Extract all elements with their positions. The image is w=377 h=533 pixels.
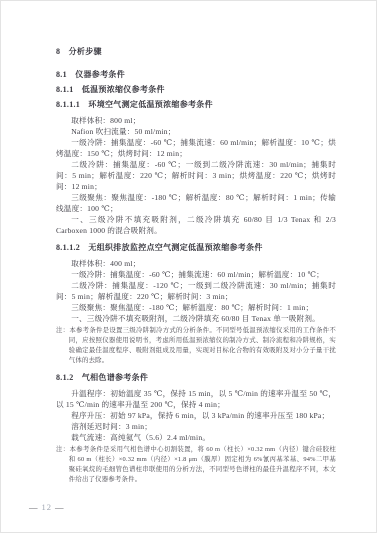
heading-8-analysis-steps: 8 分析步骤 bbox=[56, 47, 336, 57]
paragraph-adsorbent-description: 一、三级冷阱不填充吸附剂，二级冷阱填充 60/80 目 Tenax 单一吸附剂。 bbox=[56, 313, 336, 324]
heading-8-1-1-2-fugitive-emission-conditions: 8.1.1.2 无组织排放监控点空气测定低温预浓缩参考条件 bbox=[56, 243, 336, 253]
paragraph-nafion-purge-flow: Nafion 吹扫流量：50 ml/min； bbox=[56, 126, 336, 137]
note-gc-column: 注：本参考条件是采用气相色谱中心切割装置，将 60 m（柱长）×0.32 mm（… bbox=[56, 445, 336, 485]
paragraph-adsorbent-description: 一、三级冷阱不填充吸附剂，二级冷阱填充 60/80 目 1/3 Tenax 和 … bbox=[56, 214, 336, 236]
paragraph-sample-volume: 取样体积：800 ml； bbox=[56, 115, 336, 126]
paragraph-third-stage-focus: 三级聚焦：聚焦温度：-180 ℃；解析温度：80 ℃；解析时间：1 min； bbox=[56, 302, 336, 313]
heading-8-1-instrument-reference-conditions: 8.1 仪器参考条件 bbox=[56, 70, 336, 80]
note-preconcentrator: 注：本参考条件是设置三级冷阱制冷方式的分析条件。不同型号低温预浓缩仪采用的工作条… bbox=[56, 326, 336, 366]
section-8-1-2-body: 升温程序：初始温度 35 ℃，保持 15 min，以 5 ℃/min 的速率升温… bbox=[56, 388, 336, 485]
paragraph-second-stage-trap: 二级冷阱：捕集温度：-120 ℃；一级到二级冷阱流速：30 ml/min；捕集时… bbox=[56, 280, 336, 302]
document-page: 8 分析步骤 8.1 仪器参考条件 8.1.1 低温预浓缩仪参考条件 8.1.1… bbox=[0, 0, 377, 533]
footer-dash-left: — bbox=[29, 502, 39, 512]
paragraph-carrier-gas-flow: 载气流速：高纯氦气（5.6）2.4 ml/min。 bbox=[56, 432, 336, 443]
paragraph-solvent-delay: 溶剂延迟时间：3 min； bbox=[56, 421, 336, 432]
section-8-1-1-2-body: 取样体积：400 ml； 一级冷阱：捕集温度：-60 ℃；捕集流速：60 ml/… bbox=[56, 258, 336, 366]
heading-8-1-1-1-ambient-air-conditions: 8.1.1.1 环境空气测定低温预浓缩参考条件 bbox=[56, 100, 336, 110]
paragraph-third-stage-focus: 三级聚焦：聚焦温度：-180 ℃；解析温度：80 ℃；解析时间：1 min；传输… bbox=[56, 192, 336, 214]
paragraph-first-stage-trap: 一级冷阱：捕集温度：-60 ℃；捕集流速：60 ml/min；解析温度：10 ℃… bbox=[56, 137, 336, 159]
paragraph-sample-volume: 取样体积：400 ml； bbox=[56, 258, 336, 269]
heading-8-1-1-preconcentrator-conditions: 8.1.1 低温预浓缩仪参考条件 bbox=[56, 85, 336, 95]
section-8-1-1-1-body: 取样体积：800 ml； Nafion 吹扫流量：50 ml/min； 一级冷阱… bbox=[56, 115, 336, 236]
page-footer: —12— bbox=[29, 502, 65, 512]
paragraph-second-stage-trap: 二级冷阱：捕集温度：-60 ℃；一级到二级冷阱流速：30 ml/min；捕集时间… bbox=[56, 159, 336, 192]
paragraph-first-stage-trap: 一级冷阱：捕集温度：-60 ℃；捕集流速：60 ml/min；解析温度：10 ℃… bbox=[56, 269, 336, 280]
footer-dash-right: — bbox=[55, 502, 65, 512]
page-content: 8 分析步骤 8.1 仪器参考条件 8.1.1 低温预浓缩仪参考条件 8.1.1… bbox=[56, 47, 336, 490]
heading-8-1-2-gc-conditions: 8.1.2 气相色谱参考条件 bbox=[56, 373, 336, 383]
page-number: 12 bbox=[39, 502, 56, 512]
paragraph-temperature-program: 升温程序：初始温度 35 ℃，保持 15 min，以 5 ℃/min 的速率升温… bbox=[56, 388, 336, 410]
paragraph-pressure-program: 程序升压：初始 97 kPa，保持 6 min，以 3 kPa/min 的速率升… bbox=[56, 410, 336, 421]
